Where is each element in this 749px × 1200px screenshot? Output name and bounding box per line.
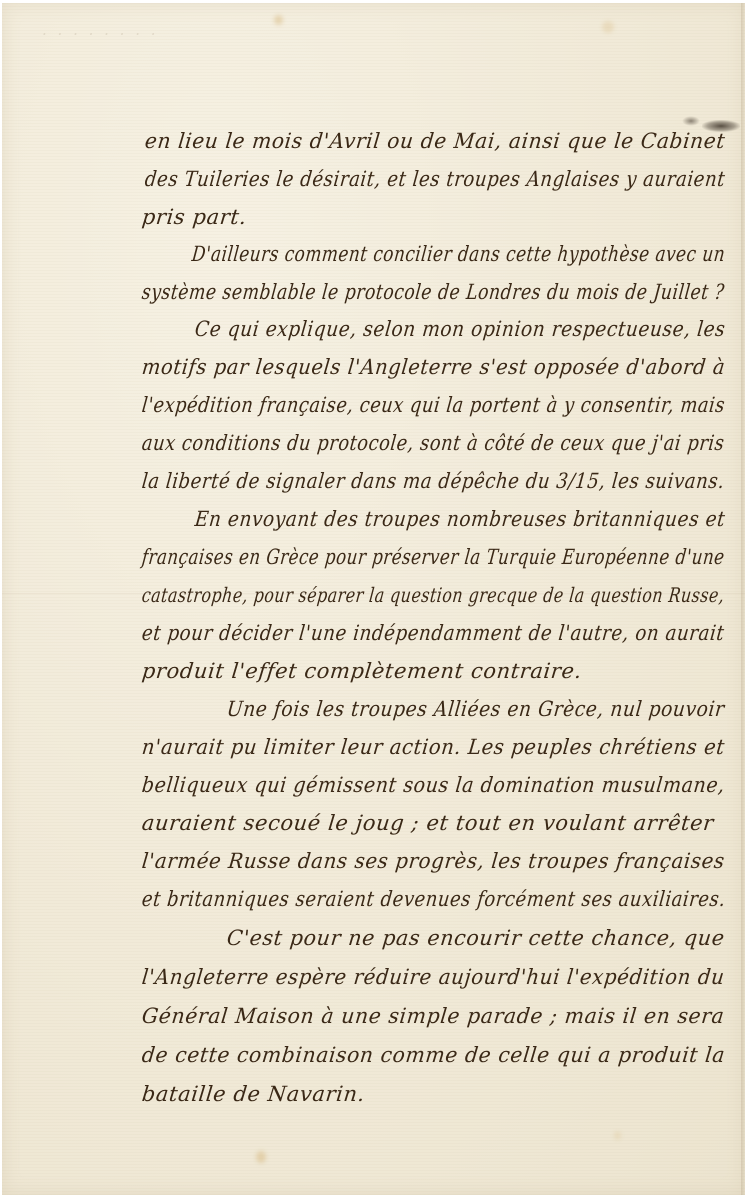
paper-stain	[602, 21, 614, 33]
manuscript-line: de cette combinaison comme de celle qui …	[141, 1043, 727, 1067]
paper-stain	[256, 1151, 266, 1163]
manuscript-line: et britanniques seraient devenues forcém…	[141, 887, 727, 911]
manuscript-line: en lieu le mois d'Avril ou de Mai, ainsi…	[144, 129, 727, 153]
manuscript-line: des Tuileries le désirait, et les troupe…	[144, 167, 727, 191]
manuscript-line: l'expédition française, ceux qui la port…	[141, 393, 727, 417]
manuscript-line: Une fois les troupes Alliées en Grèce, n…	[226, 697, 726, 721]
manuscript-line: catastrophe, pour séparer la question gr…	[141, 583, 726, 607]
manuscript-line: l'armée Russe dans ses progrès, les trou…	[141, 849, 726, 873]
manuscript-line: n'aurait pu limiter leur action. Les peu…	[141, 735, 726, 759]
manuscript-line: Ce qui explique, selon mon opinion respe…	[194, 317, 727, 341]
ink-blot	[682, 116, 700, 126]
manuscript-line: l'Angleterre espère réduire aujourd'hui …	[141, 965, 726, 989]
manuscript-line: auraient secoué le joug ; et tout en vou…	[141, 811, 715, 835]
manuscript-line: Général Maison à une simple parade ; mai…	[141, 1004, 726, 1028]
manuscript-line: belliqueux qui gémissent sous la dominat…	[141, 773, 726, 797]
manuscript-line: bataille de Navarin.	[141, 1082, 366, 1106]
manuscript-line: motifs par lesquels l'Angleterre s'est o…	[141, 355, 727, 379]
manuscript-line: aux conditions du protocole, sont à côté…	[141, 431, 726, 455]
manuscript-line: françaises en Grèce pour préserver la Tu…	[141, 545, 726, 569]
manuscript-line: produit l'effet complètement contraire.	[141, 659, 583, 683]
bleed-through-text: · · · · · · · ·	[2, 25, 745, 65]
manuscript-line: D'ailleurs comment concilier dans cette …	[191, 242, 727, 266]
paper-stain	[614, 1131, 621, 1140]
manuscript-line: pris part.	[141, 205, 248, 229]
manuscript-line: la liberté de signaler dans ma dépêche d…	[141, 469, 726, 493]
manuscript-line: système semblable le protocole de Londre…	[141, 280, 726, 304]
manuscript-page: · · · · · · · · en lieu le mois d'Avril …	[2, 3, 745, 1195]
manuscript-line: et pour décider l'une indépendamment de …	[141, 621, 726, 645]
manuscript-line: C'est pour ne pas encourir cette chance,…	[226, 926, 726, 950]
paper-edge-shadow	[741, 3, 745, 1195]
paper-stain	[274, 15, 283, 25]
manuscript-line: En envoyant des troupes nombreuses brita…	[194, 507, 727, 531]
